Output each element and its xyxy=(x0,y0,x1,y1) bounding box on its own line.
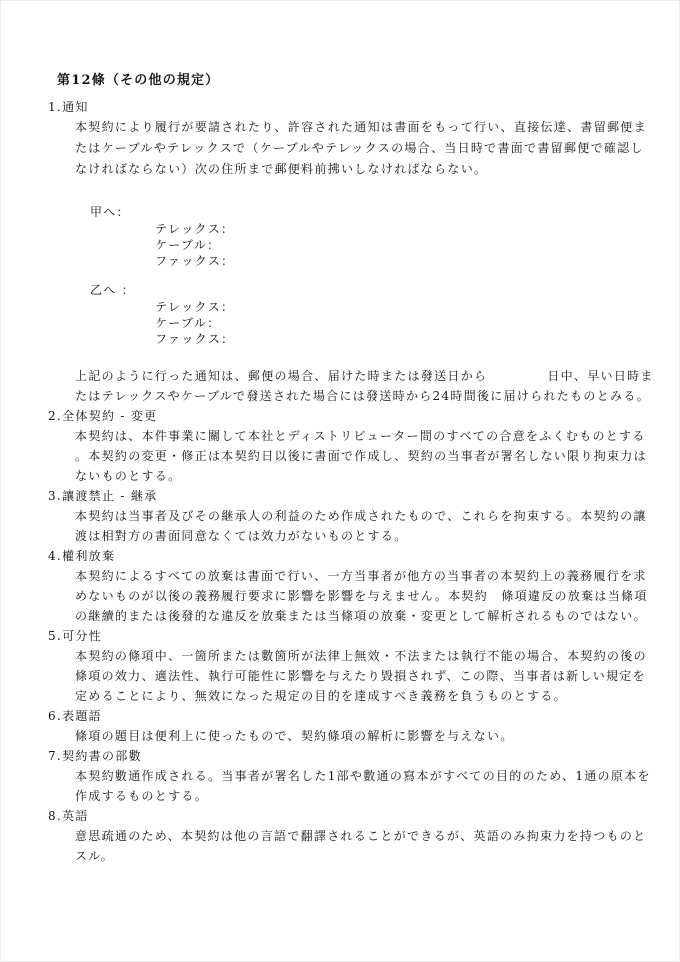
text-line: 本契約は当事者及びその継承人の利益のため作成されたもので、これらを拘束する。本契… xyxy=(75,506,640,526)
text-line: 條項の題目は便利上に使ったもので、契約條項の解析に影響を与えない。 xyxy=(75,726,640,746)
address-block-kou: 甲へ： テレックス： ケーブル： ファックス： xyxy=(48,204,640,269)
item-heading-row: 8.英語 xyxy=(48,806,640,826)
text-line: スル。 xyxy=(75,846,640,866)
item-paragraph: 意思疏通のため、本契約は他の言語で翻譯されることができるが、英語のみ拘束力を持つ… xyxy=(48,826,640,866)
item-paragraph: 本契約數通作成される。当事者が署名した1部や數通の寫本がすべての目的のため、1通… xyxy=(48,766,640,806)
item-1-notice: 1.通知 本契約により履行が要請されたり、許容された通知は書面をもって行い、直接… xyxy=(48,97,640,406)
item-heading-row: 3.讓渡禁止 - 継承 xyxy=(48,486,640,506)
document-content: 第12條（その他の規定） 1.通知 本契約により履行が要請されたり、許容された通… xyxy=(48,72,640,866)
item-number: 5. xyxy=(48,626,62,646)
text-line: 意思疏通のため、本契約は他の言語で翻譯されることができるが、英語のみ拘束力を持つ… xyxy=(75,826,640,846)
item-paragraph: 本契約は当事者及びその継承人の利益のため作成されたもので、これらを拘束する。本契… xyxy=(48,506,640,546)
item-number: 3. xyxy=(48,486,62,506)
item-heading-row: 5.可分性 xyxy=(48,626,640,646)
item-paragraph: 本契約の條項中、一箇所または數箇所が法律上無效・不法または執行不能の場合、本契約… xyxy=(48,646,640,706)
notice-delivery-paragraph: 上記のように行った通知は、郵便の場合、届けた時または發送日から日中、早い日時ま … xyxy=(48,366,640,406)
text-line: 定めることにより、無效になった規定の目的を達成すべき義務を負うものとする。 xyxy=(75,686,640,706)
item-number: 4. xyxy=(48,546,62,566)
item-heading: 讓渡禁止 - 継承 xyxy=(62,489,157,503)
text-before-blank: 上記のように行った通知は、郵便の場合、届けた時または發送日から xyxy=(75,369,487,383)
item-8-english: 8.英語 意思疏通のため、本契約は他の言語で翻譯されることができるが、英語のみ拘… xyxy=(48,806,640,866)
item-heading: 表題語 xyxy=(62,709,102,723)
item-paragraph: 條項の題目は便利上に使ったもので、契約條項の解析に影響を与えない。 xyxy=(48,726,640,746)
item-5-severability: 5.可分性 本契約の條項中、一箇所または數箇所が法律上無效・不法または執行不能の… xyxy=(48,626,640,706)
item-number: 8. xyxy=(48,806,62,826)
fax-field-label: ファックス： xyxy=(155,331,640,347)
address-fields: テレックス： ケーブル： ファックス： xyxy=(90,221,640,269)
text-line: 渡は相對方の書面同意なくては效力がないものとする。 xyxy=(75,526,640,546)
cable-field-label: ケーブル： xyxy=(155,315,640,331)
item-heading-row: 6.表題語 xyxy=(48,706,640,726)
text-line: の継續的または後發的な違反を放棄または当條項の放棄・変更として解析されるものでは… xyxy=(75,606,640,626)
item-6-headings: 6.表題語 條項の題目は便利上に使ったもので、契約條項の解析に影響を与えない。 xyxy=(48,706,640,746)
item-number: 2. xyxy=(48,406,62,426)
item-heading: 權利放棄 xyxy=(62,549,115,563)
item-heading-row: 4.權利放棄 xyxy=(48,546,640,566)
text-line: 本契約により履行が要請されたり、許容された通知は書面をもって行い、直接伝達、書留… xyxy=(75,117,640,138)
address-fields: テレックス： ケーブル： ファックス： xyxy=(90,299,640,347)
address-label-kou: 甲へ： xyxy=(90,204,640,221)
address-label-otsu: 乙へ ： xyxy=(90,282,640,299)
text-line: 本契約によるすべての放棄は書面で行い、一方当事者が他方の当事者の本契約上の義務履… xyxy=(75,566,640,586)
text-line: なければならない）次の住所まで郵便料前拂いしなければならない。 xyxy=(75,159,640,180)
text-line: 本契約は、本件事業に關して本社とディストリビューター間のすべての合意をふくむもの… xyxy=(75,426,640,446)
address-block-otsu: 乙へ ： テレックス： ケーブル： ファックス： xyxy=(48,282,640,347)
text-line: 條項の效力、適法性、執行可能性に影響を与えたり毀損されず、この際、当事者は新しい… xyxy=(75,666,640,686)
item-heading-row: 1.通知 xyxy=(48,97,640,117)
text-after-blank: 日中、早い日時ま xyxy=(547,369,653,383)
text-line: めないものが以後の義務履行要求に影響を影響を与えません。本契約 條項違反の放棄は… xyxy=(75,586,640,606)
item-heading: 可分性 xyxy=(62,629,102,643)
text-line: たはテレックスやケーブルで發送された場合には發送時から24時間後に届けられたもの… xyxy=(75,386,640,406)
text-line: 作成するものとする。 xyxy=(75,786,640,806)
article-title: 第12條（その他の規定） xyxy=(57,72,640,90)
text-line: ないものとする。 xyxy=(75,466,640,486)
item-heading: 通知 xyxy=(62,100,89,114)
item-number: 7. xyxy=(48,746,62,766)
text-line: 本契約の條項中、一箇所または數箇所が法律上無效・不法または執行不能の場合、本契約… xyxy=(75,646,640,666)
item-number: 1. xyxy=(48,97,62,117)
cable-field-label: ケーブル： xyxy=(155,237,640,253)
item-heading: 全体契約 - 変更 xyxy=(62,409,157,423)
fax-field-label: ファックス： xyxy=(155,253,640,269)
text-line: たはケーブルやテレックスで（ケーブルやテレックスの場合、当日時で書面で書留郵便で… xyxy=(75,138,640,159)
item-paragraph: 本契約は、本件事業に關して本社とディストリビューター間のすべての合意をふくむもの… xyxy=(48,426,640,486)
item-paragraph: 本契約によるすべての放棄は書面で行い、一方当事者が他方の当事者の本契約上の義務履… xyxy=(48,566,640,626)
item-7-counterparts: 7.契約書の部數 本契約數通作成される。当事者が署名した1部や數通の寫本がすべて… xyxy=(48,746,640,806)
text-line-with-blank: 上記のように行った通知は、郵便の場合、届けた時または發送日から日中、早い日時ま xyxy=(75,366,640,386)
document-page: 第12條（その他の規定） 1.通知 本契約により履行が要請されたり、許容された通… xyxy=(0,0,680,962)
item-number: 6. xyxy=(48,706,62,726)
text-line: 本契約數通作成される。当事者が署名した1部や數通の寫本がすべての目的のため、1通… xyxy=(75,766,640,786)
item-4-waiver: 4.權利放棄 本契約によるすべての放棄は書面で行い、一方当事者が他方の当事者の本… xyxy=(48,546,640,626)
item-heading-row: 2.全体契約 - 変更 xyxy=(48,406,640,426)
item-heading: 英語 xyxy=(62,809,89,823)
item-3-no-assignment: 3.讓渡禁止 - 継承 本契約は当事者及びその継承人の利益のため作成されたもので… xyxy=(48,486,640,546)
notice-paragraph: 本契約により履行が要請されたり、許容された通知は書面をもって行い、直接伝達、書留… xyxy=(48,117,640,180)
text-line: 。本契約の変更・修正は本契約日以後に書面で作成し、契約の当事者が署名しない限り拘… xyxy=(75,446,640,466)
item-heading-row: 7.契約書の部數 xyxy=(48,746,640,766)
telex-field-label: テレックス： xyxy=(155,221,640,237)
telex-field-label: テレックス： xyxy=(155,299,640,315)
item-2-entire-agreement: 2.全体契約 - 変更 本契約は、本件事業に關して本社とディストリビューター間の… xyxy=(48,406,640,486)
item-heading: 契約書の部數 xyxy=(62,749,142,763)
